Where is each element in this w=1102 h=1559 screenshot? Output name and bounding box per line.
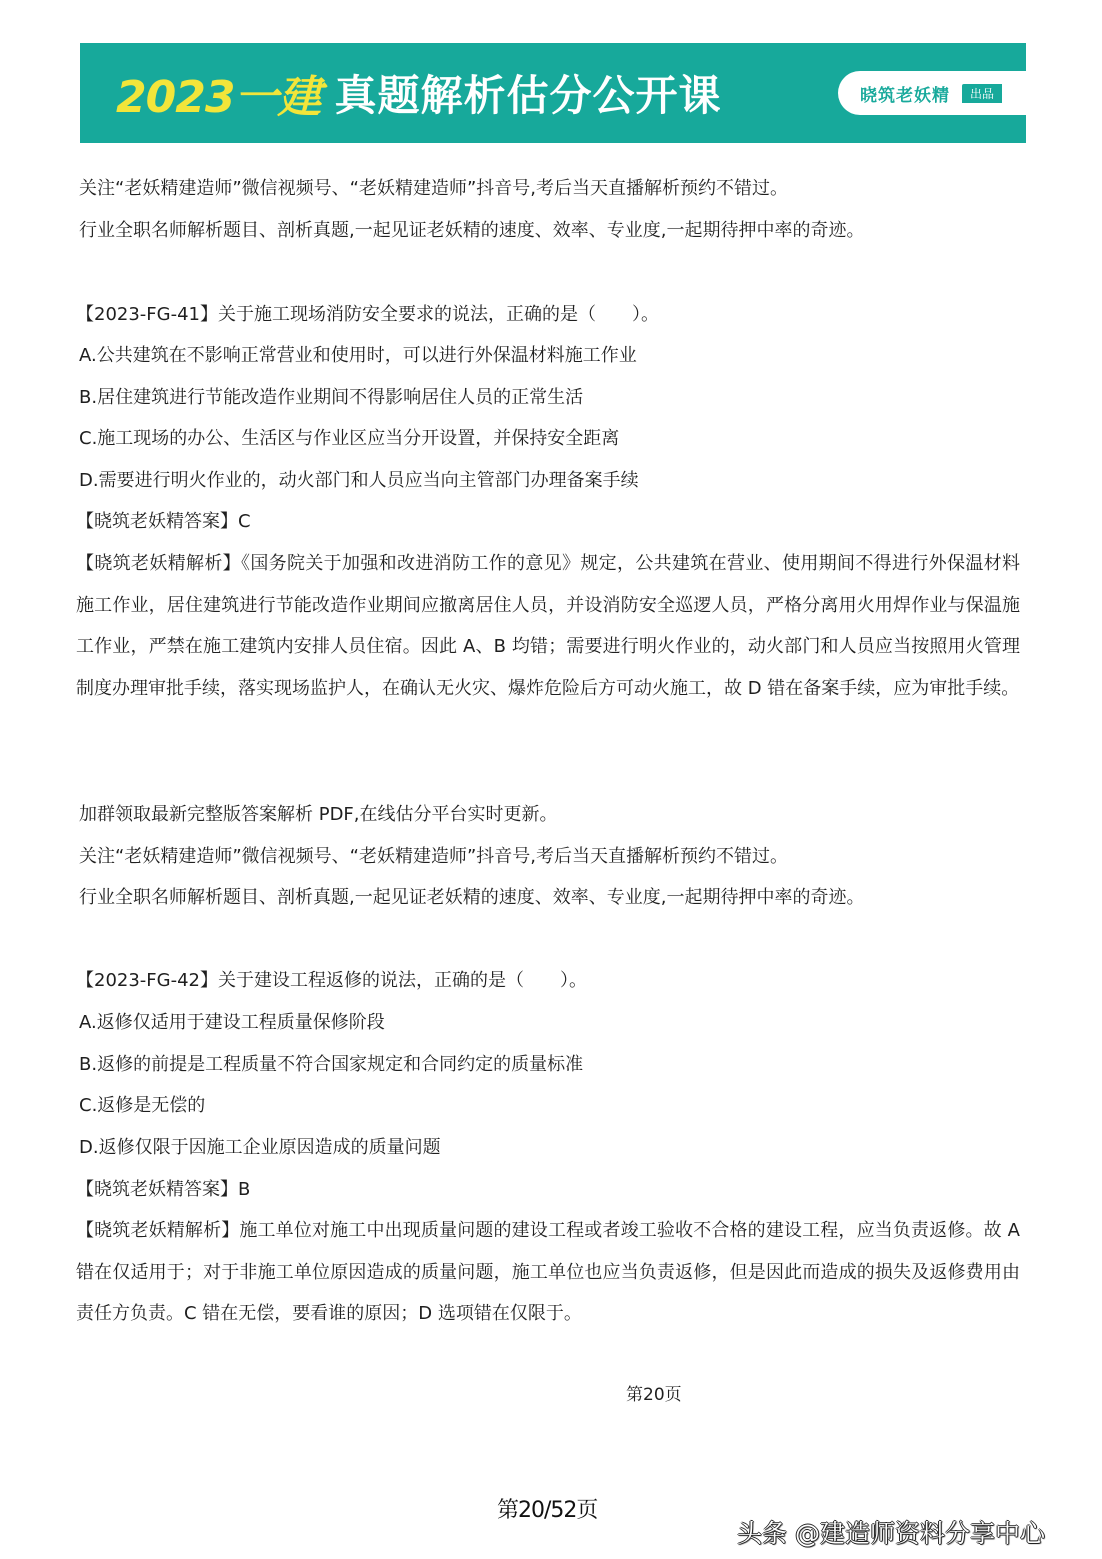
question-42-option-c: C.返修是无偿的: [79, 1094, 205, 1118]
question-41-stem: 【2023-FG-41】关于施工现场消防安全要求的说法，正确的是（ ）。: [76, 303, 659, 327]
question-text: 关于施工现场消防安全要求的说法，正确的是（ ）。: [218, 304, 659, 325]
promo-middle-line-2: 关注“老妖精建造师”微信视频号、“老妖精建造师”抖音号,考后当天直播解析预约不错…: [79, 845, 788, 869]
banner-year: 2023一建: [116, 61, 320, 125]
promo-top-line-1: 关注“老妖精建造师”微信视频号、“老妖精建造师”抖音号,考后当天直播解析预约不错…: [79, 177, 788, 201]
question-41-option-c: C.施工现场的办公、生活区与作业区应当分开设置，并保持安全距离: [79, 427, 619, 451]
question-id: 【2023-FG-41】: [76, 304, 218, 325]
brand-name: 晓筑老妖精: [860, 81, 950, 106]
question-42-option-a: A.返修仅适用于建设工程质量保修阶段: [79, 1011, 385, 1035]
question-42-option-b: B.返修的前提是工程质量不符合国家规定和合同约定的质量标准: [79, 1053, 583, 1077]
brand-tag: 出品: [962, 84, 1002, 103]
question-text: 关于建设工程返修的说法，正确的是（ ）。: [218, 970, 587, 991]
question-42-stem: 【2023-FG-42】关于建设工程返修的说法，正确的是（ ）。: [76, 969, 587, 993]
question-42-answer: 【晓筑老妖精答案】B: [76, 1178, 250, 1202]
page-number-outer: 第20/52页: [497, 1493, 597, 1524]
question-41-option-b: B.居住建筑进行节能改造作业期间不得影响居住人员的正常生活: [79, 386, 583, 410]
question-41-option-a: A.公共建筑在不影响正常营业和使用时，可以进行外保温材料施工作业: [79, 344, 637, 368]
promo-middle-line-3: 行业全职名师解析题目、剖析真题,一起见证老妖精的速度、效率、专业度,一起期待押中…: [79, 886, 864, 910]
question-41-option-d: D.需要进行明火作业的，动火部门和人员应当向主管部门办理备案手续: [79, 469, 639, 493]
promo-middle-line-1: 加群领取最新完整版答案解析 PDF,在线估分平台实时更新。: [79, 803, 558, 827]
watermark: 头条 @建造师资料分享中心: [737, 1514, 1045, 1550]
header-banner: 2023一建 真题解析估分公开课 晓筑老妖精 出品: [80, 43, 1026, 143]
question-42-analysis: 【晓筑老妖精解析】施工单位对施工中出现质量问题的建设工程或者竣工验收不合格的建设…: [76, 1210, 1020, 1335]
promo-top-line-2: 行业全职名师解析题目、剖析真题,一起见证老妖精的速度、效率、专业度,一起期待押中…: [79, 219, 864, 243]
brand-pill: 晓筑老妖精 出品: [838, 71, 1026, 115]
question-id: 【2023-FG-42】: [76, 970, 218, 991]
question-42-option-d: D.返修仅限于因施工企业原因造成的质量问题: [79, 1136, 441, 1160]
banner-title: 2023一建 真题解析估分公开课: [116, 65, 721, 121]
question-41-answer: 【晓筑老妖精答案】C: [76, 510, 251, 534]
page-number-inner: 第20页: [626, 1380, 682, 1405]
banner-main-title: 真题解析估分公开课: [334, 63, 721, 123]
question-41-analysis: 【晓筑老妖精解析】《国务院关于加强和改进消防工作的意见》规定，公共建筑在营业、使…: [76, 543, 1020, 709]
